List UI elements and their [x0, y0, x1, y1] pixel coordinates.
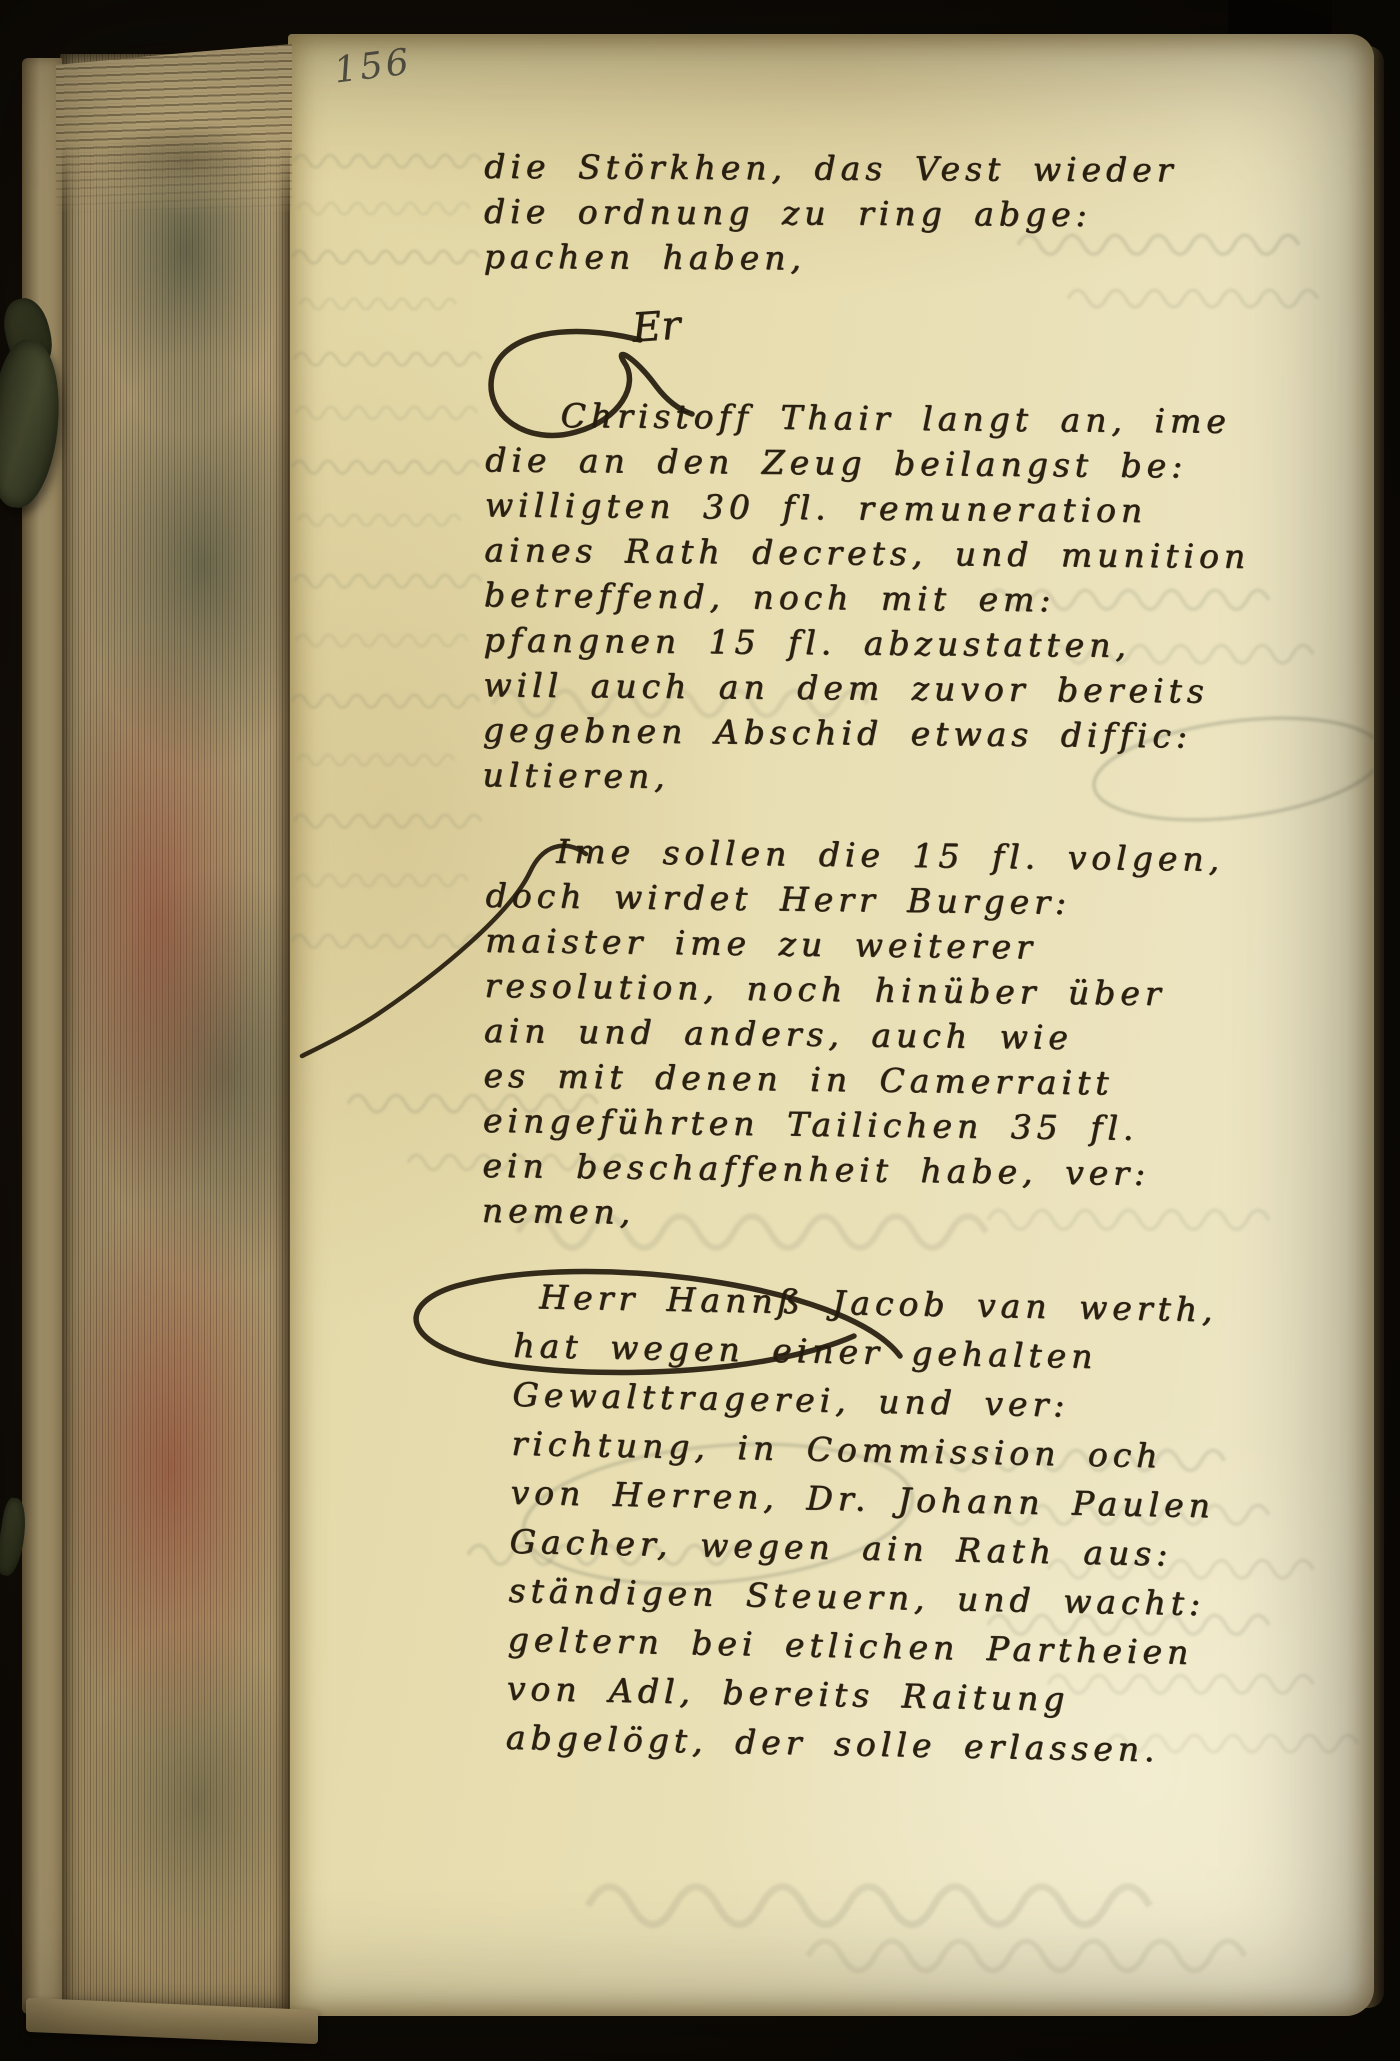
clasp-tie — [0, 298, 66, 513]
manuscript-page: 156 die Störkhen, das Vest wieder die or… — [288, 34, 1374, 2016]
manuscript-photo: 156 die Störkhen, das Vest wieder die or… — [0, 0, 1400, 2061]
initial-flourish-icon — [288, 34, 1374, 2016]
clasp-tie-band — [0, 337, 68, 512]
book-fore-edge — [60, 54, 290, 2018]
page-edges-top — [56, 44, 292, 219]
